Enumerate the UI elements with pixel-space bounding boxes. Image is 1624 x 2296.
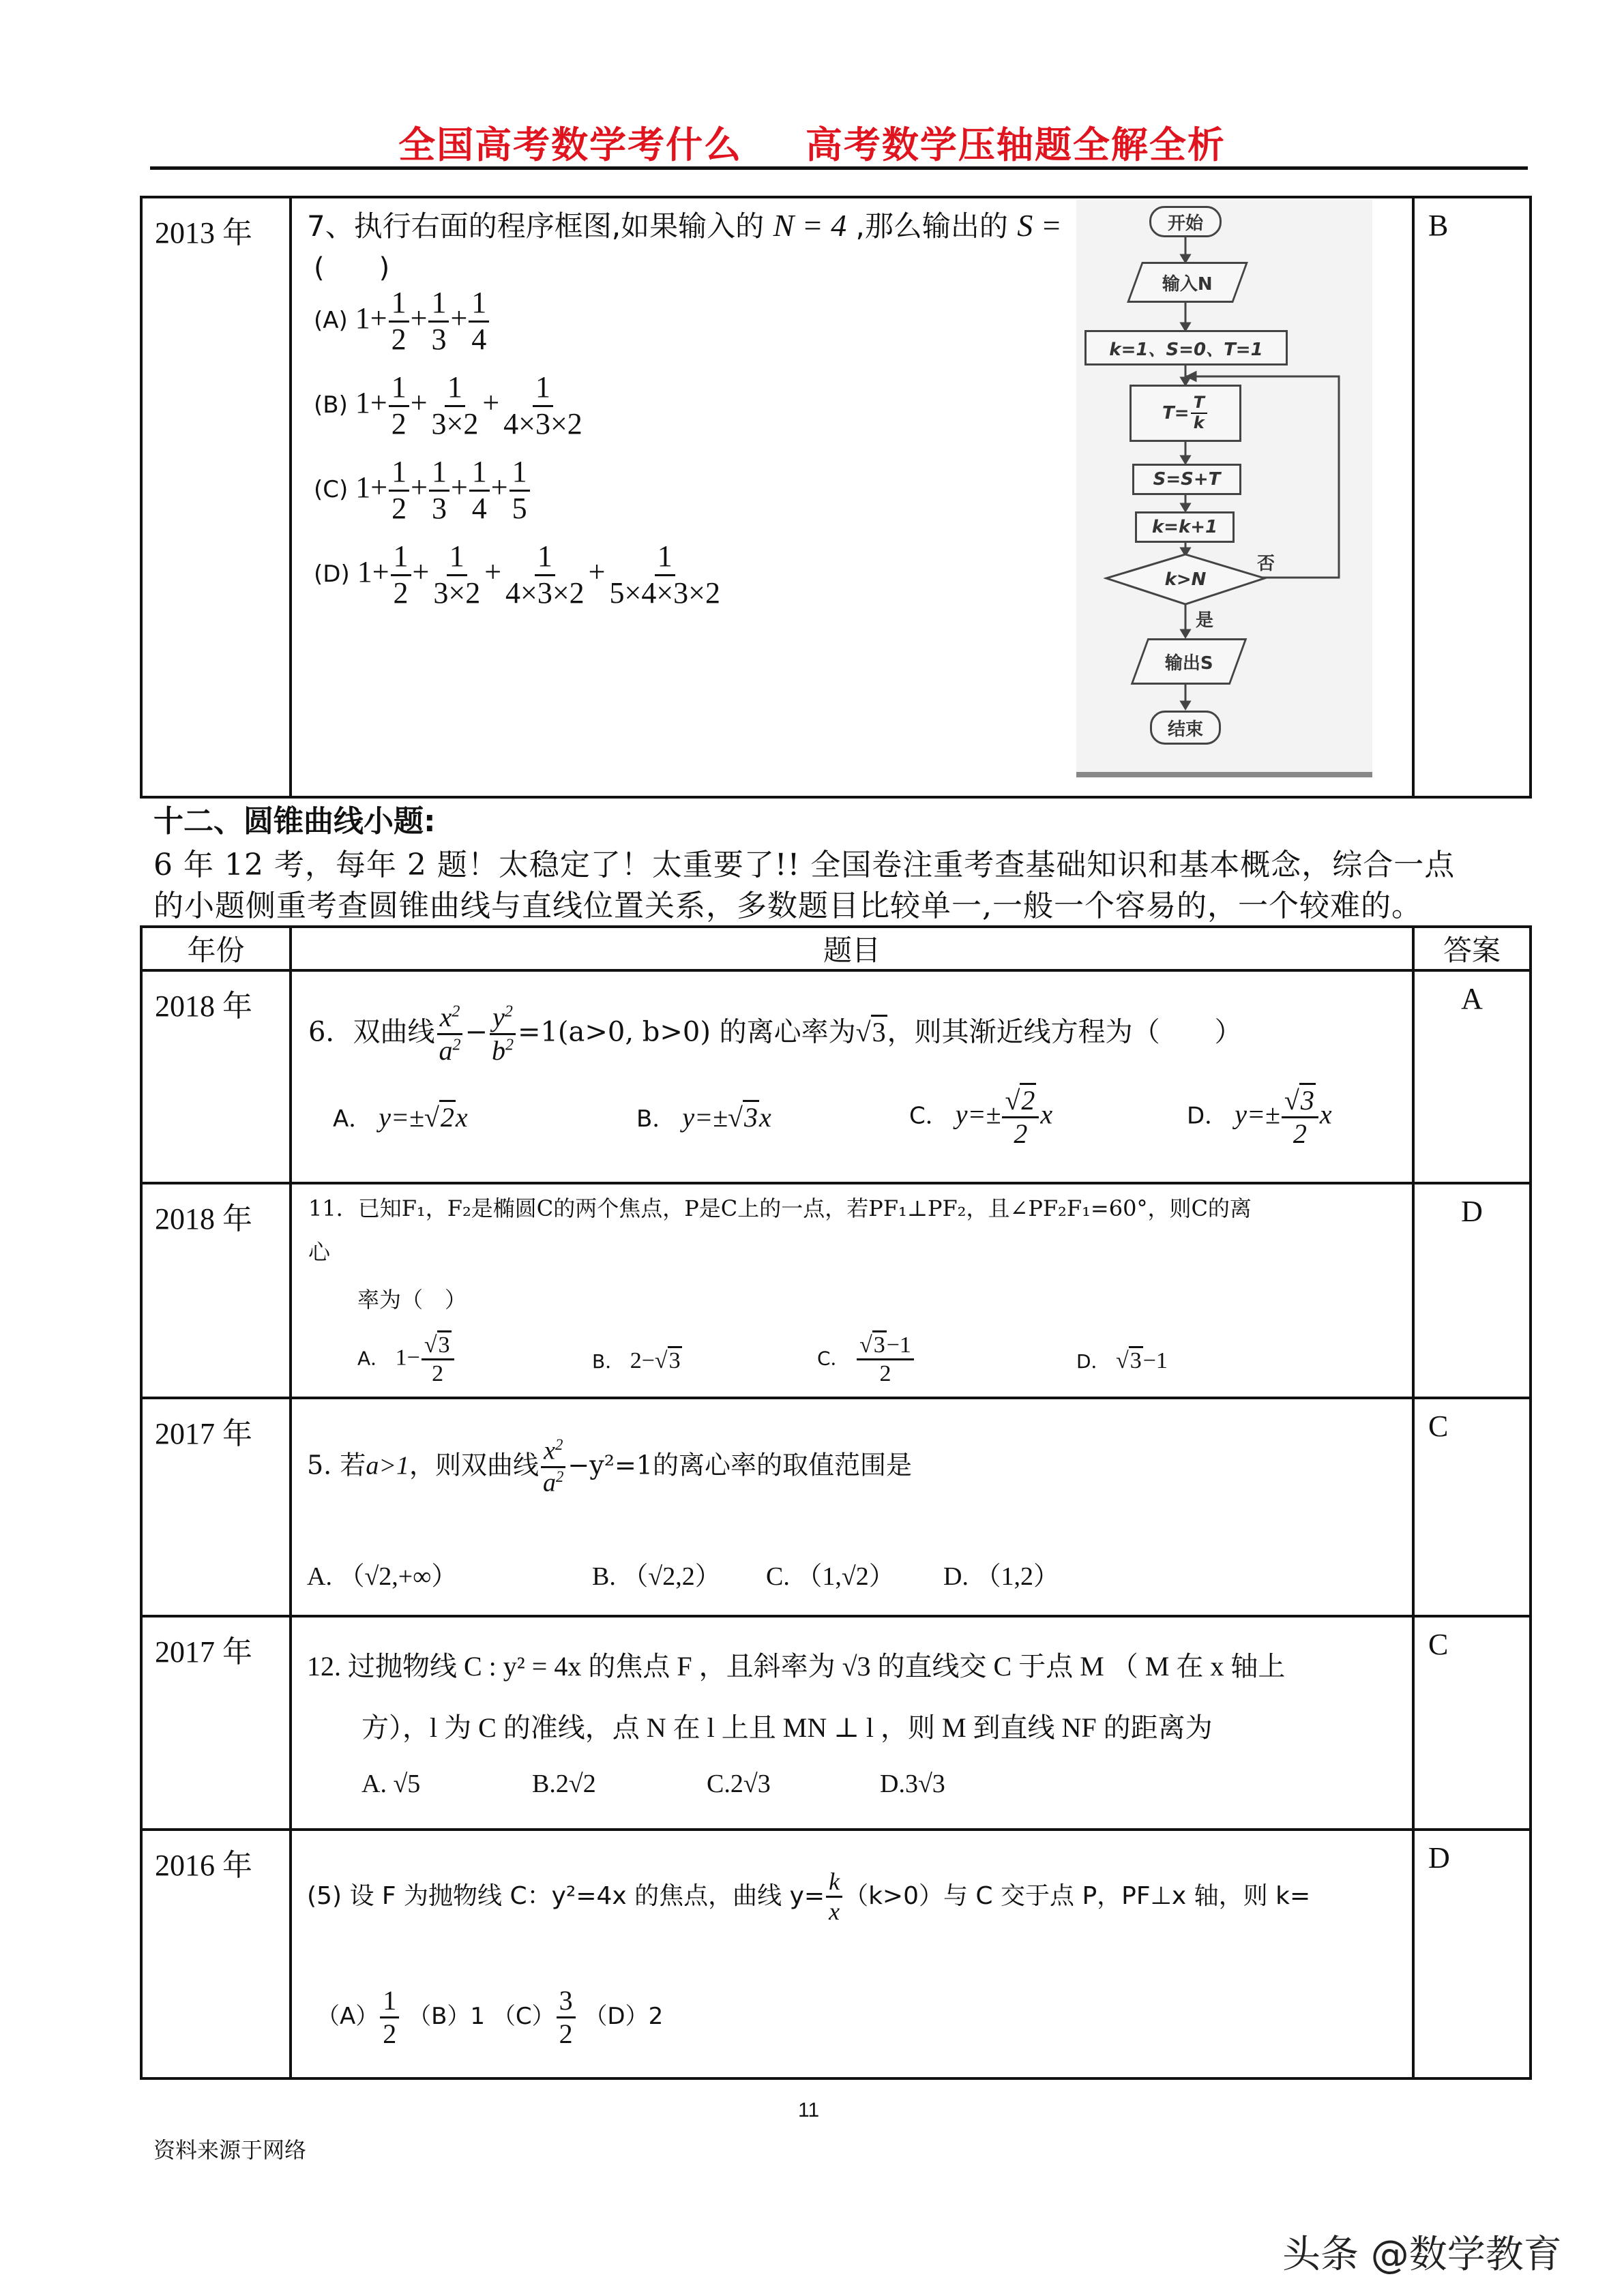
option-b: (B) 1+12+13×2+14×3×2 (314, 370, 587, 441)
question-cell: 12. 过抛物线 C : y² = 4x 的焦点 F ，且斜率为 √3 的直线交… (291, 1616, 1413, 1830)
title-right: 高考数学压轴题全解全析 (806, 116, 1226, 168)
option-c: C． √3−12 (817, 1332, 915, 1387)
table-row: 2017 年 12. 过抛物线 C : y² = 4x 的焦点 F ，且斜率为 … (141, 1616, 1531, 1830)
table-row: 2018 年 6．双曲线x2a2−y2b2=1(a>0, b>0) 的离心率为√… (141, 970, 1531, 1183)
answer-blank: ( ) (314, 246, 389, 285)
option-c: C． y=±√22x (909, 1085, 1052, 1150)
table-row: 2018 年 11．已知F₁，F₂是椭圆C的两个焦点，P是C上的一点，若PF₁⊥… (141, 1183, 1531, 1398)
answer-cell: A (1413, 970, 1531, 1183)
option-b: B. （√2,2） (592, 1555, 721, 1592)
page-number: 11 (798, 2099, 819, 2122)
answer-cell: B (1413, 197, 1531, 797)
flowchart-output: 输出S (1131, 638, 1247, 685)
header-answer: 答案 (1413, 927, 1531, 970)
flowchart-step-t: T= Tk (1130, 385, 1241, 442)
option-b: B.2√2 (532, 1769, 596, 1799)
flowchart-bottom-bar (1076, 772, 1372, 777)
header-question: 题目 (291, 927, 1413, 970)
options-line: （A）12 （B）1 （C）32 （D）2 (316, 1985, 663, 2050)
option-a: A. √5 (361, 1769, 420, 1799)
year-cell: 2016 年 (141, 1830, 291, 2078)
question-stem-line3: 率为（ ） (357, 1283, 467, 1314)
answer-cell: D (1413, 1830, 1531, 2078)
year-cell: 2018 年 (141, 970, 291, 1183)
option-a: A． y=±√2x (333, 1100, 468, 1133)
option-c: C. （1,√2） (766, 1555, 895, 1592)
option-b: B． 2−√3 (592, 1347, 682, 1374)
option-d: D.3√3 (880, 1769, 945, 1799)
option-d: D. （1,2） (943, 1555, 1059, 1592)
flowchart-condition: k>N (1145, 566, 1226, 593)
title-left: 全国高考数学考什么 (398, 116, 742, 168)
source-note: 资料来源于网络 (153, 2133, 306, 2164)
question-stem-line1: 11．已知F₁，F₂是椭圆C的两个焦点，P是C上的一点，若PF₁⊥PF₂，且∠P… (308, 1191, 1252, 1223)
section-description-line2: 的小题侧重考查圆锥曲线与直线位置关系，多数题目比较单一,一般一个容易的，一个较难… (153, 881, 1422, 925)
question-stem: (5) 设 F 为抛物线 C：y²=4x 的焦点，曲线 y=kx（k>0）与 C… (307, 1868, 1310, 1926)
option-b: B． y=±√3x (636, 1100, 771, 1133)
answer-cell: C (1413, 1616, 1531, 1830)
option-d: D． √3−1 (1076, 1347, 1168, 1374)
question-stem: 7、执行右面的程序框图,如果输入的 N = 4 ,那么输出的 S = (307, 204, 1062, 245)
flowchart-image: 开始 输入N k=1、S=0、T=1 T= Tk S=S+T k=k+1 k>N… (1076, 199, 1372, 777)
question-cell: 11．已知F₁，F₂是椭圆C的两个焦点，P是C上的一点，若PF₁⊥PF₂，且∠P… (291, 1183, 1413, 1398)
question-cell: 5. 若a>1，则双曲线x2a2−y²=1的离心率的取值范围是 A. （√2,+… (291, 1398, 1413, 1616)
flowchart-step-k: k=k+1 (1135, 511, 1235, 543)
table-row: 2016 年 (5) 设 F 为抛物线 C：y²=4x 的焦点，曲线 y=kx（… (141, 1830, 1531, 2078)
option-d: (D) 1+12+13×2+14×3×2+15×4×3×2 (314, 539, 724, 610)
flowchart-yes-label: 是 (1191, 607, 1218, 630)
table-row: 2017 年 5. 若a>1，则双曲线x2a2−y²=1的离心率的取值范围是 A… (141, 1398, 1531, 1616)
question-stem: 6．双曲线x2a2−y2b2=1(a>0, b>0) 的离心率为√3，则其渐近线… (308, 1002, 1242, 1067)
flowchart-end: 结束 (1150, 711, 1221, 745)
table-header-row: 年份 题目 答案 (141, 927, 1531, 970)
question-stem-line2: 心 (308, 1235, 330, 1266)
question-stem-line1: 12. 过抛物线 C : y² = 4x 的焦点 F ，且斜率为 √3 的直线交… (307, 1645, 1285, 1684)
option-a: A． 1−√32 (357, 1332, 456, 1387)
option-c: C.2√3 (707, 1769, 771, 1799)
document-title: 全国高考数学考什么 高考数学压轴题全解全析 (0, 116, 1624, 168)
section-description-line1: 6 年 12 考，每年 2 题！太稳定了！太重要了!! 全国卷注重考查基础知识和… (153, 840, 1455, 884)
answer-cell: C (1413, 1398, 1531, 1616)
option-a: (A) 1+12+13+14 (314, 286, 490, 357)
option-d: D． y=±√32x (1187, 1085, 1332, 1150)
flowchart-no-label: 否 (1252, 550, 1280, 573)
year-cell: 2017 年 (141, 1398, 291, 1616)
year-cell: 2017 年 (141, 1616, 291, 1830)
flowchart-input: 输入N (1127, 262, 1248, 303)
question-stem-line2: 方），l 为 C 的准线，点 N 在 l 上且 MN ⊥ l ，则 M 到直线 … (361, 1706, 1213, 1745)
section-heading: 十二、圆锥曲线小题: (153, 796, 436, 840)
answer-cell: D (1413, 1183, 1531, 1398)
watermark: 头条 @数学教育 (1282, 2224, 1562, 2279)
option-c: (C) 1+12+13+14+15 (314, 455, 531, 526)
option-a: A. （√2,+∞） (307, 1555, 457, 1592)
header-year: 年份 (141, 927, 291, 970)
year-cell: 2013 年 (141, 197, 291, 797)
question-cell: 6．双曲线x2a2−y2b2=1(a>0, b>0) 的离心率为√3，则其渐近线… (291, 970, 1413, 1183)
conic-questions-table: 年份 题目 答案 2018 年 6．双曲线x2a2−y2b2=1(a>0, b>… (140, 925, 1532, 2080)
header-rule (150, 166, 1528, 170)
question-cell: (5) 设 F 为抛物线 C：y²=4x 的焦点，曲线 y=kx（k>0）与 C… (291, 1830, 1413, 2078)
year-cell: 2018 年 (141, 1183, 291, 1398)
question-stem: 5. 若a>1，则双曲线x2a2−y²=1的离心率的取值范围是 (307, 1436, 912, 1499)
flowchart-start: 开始 (1149, 206, 1222, 237)
flowchart-step-s: S=S+T (1132, 464, 1241, 495)
flowchart-init: k=1、S=0、T=1 (1084, 330, 1288, 366)
